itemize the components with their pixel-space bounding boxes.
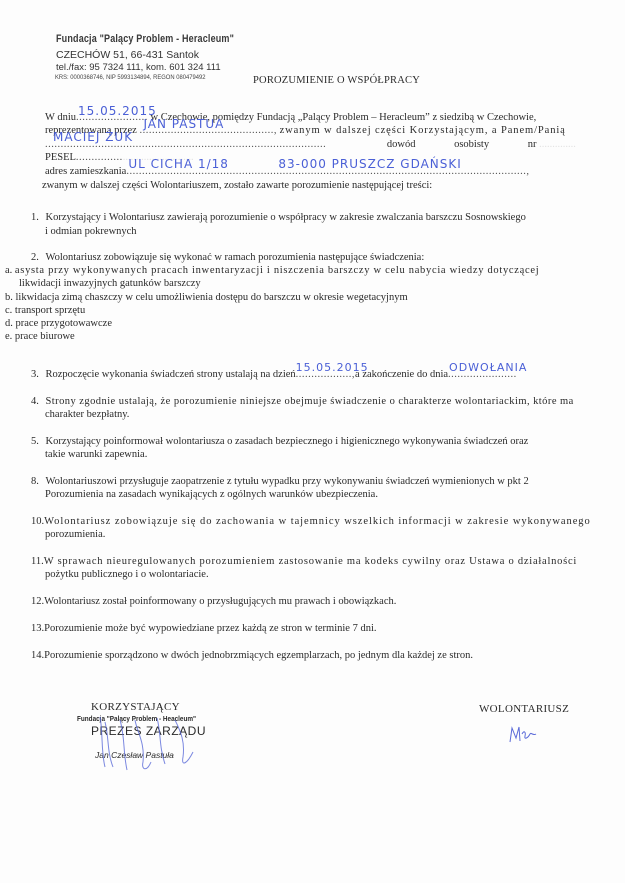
clause-text: Korzystający poinformował wolontariusza … bbox=[46, 436, 529, 447]
clause-number: 5. bbox=[31, 436, 39, 447]
clause-5-cont: takie warunki zapewnia. bbox=[45, 448, 147, 462]
letterhead-address: CZECHÓW 51, 66-431 Santok bbox=[56, 49, 199, 61]
signature-wolontariusz-icon bbox=[508, 724, 538, 744]
letterhead-phone: tel./fax: 95 7324 111, kom. 601 324 111 bbox=[56, 62, 221, 73]
clause-number: 12. bbox=[31, 596, 44, 607]
item-text: prace przygotowawcze bbox=[16, 318, 112, 329]
clause-2-item-a-cont: likwidacji inwazyjnych gatunków barszczy bbox=[19, 277, 201, 291]
clause-2-item-e: e. prace biurowe bbox=[5, 330, 75, 344]
clause-8-cont: Porozumienia na zasadach wynikających z … bbox=[45, 488, 378, 502]
clause-8: 8. Wolontariuszowi przysługuje zaopatrze… bbox=[31, 475, 529, 489]
clause-number: 4. bbox=[31, 396, 39, 407]
clause-text: a zakończenie do dnia bbox=[355, 369, 448, 380]
clause-text: Wolontariusz zobowiązuje się wykonać w r… bbox=[46, 252, 425, 263]
clause-number: 13. bbox=[31, 623, 44, 634]
letterhead-org-name: Fundacja "Palący Problem - Heracleum" bbox=[56, 33, 234, 45]
intro-line-3: ........................................… bbox=[45, 139, 583, 150]
item-letter: c. bbox=[5, 305, 12, 316]
clause-4: 4. Strony zgodnie ustalają, że porozumie… bbox=[31, 395, 588, 409]
clause-text: Porozumienie może być wypowiedziane prze… bbox=[44, 623, 376, 634]
clause-10: 10.Wolontariusz zobowiązuje się do zacho… bbox=[31, 515, 591, 529]
item-letter: e. bbox=[5, 331, 12, 342]
clause-12: 12.Wolontariusz został poinformowany o p… bbox=[31, 595, 396, 609]
intro-text: zwanym w dalszej części Korzystającym, a… bbox=[280, 125, 566, 136]
clause-2-item-b: b. likwidacja zimą chaszczy w celu umożl… bbox=[5, 291, 408, 305]
id-label: osobisty bbox=[454, 139, 489, 150]
date-handwritten: 15.05.2015 bbox=[78, 104, 157, 118]
address-field: ........................................… bbox=[126, 166, 529, 177]
clause-text: Rozpoczęcie wykonania świadczeń strony u… bbox=[46, 369, 296, 380]
clause-13: 13.Porozumienie może być wypowiedziane p… bbox=[31, 622, 377, 636]
start-date-field: ..................,15.05.2015 bbox=[296, 369, 355, 380]
id-label: dowód bbox=[387, 139, 416, 150]
clause-2-item-c: c. transport sprzętu bbox=[5, 304, 85, 318]
clause-3: 3. Rozpoczęcie wykonania świadczeń stron… bbox=[31, 368, 517, 382]
address-street-handwritten: UL CICHA 1/18 bbox=[128, 157, 229, 171]
clause-text: W sprawach nieuregulowanych porozumienie… bbox=[44, 556, 577, 567]
id-number-redacted: .............. bbox=[539, 139, 576, 150]
clause-11: 11.W sprawach nieuregulowanych porozumie… bbox=[31, 555, 577, 569]
clause-11-cont: pożytku publicznego i o wolontariacie. bbox=[45, 568, 209, 582]
intro-line-6: zwanym w dalszej części Wolontariuszem, … bbox=[42, 180, 432, 191]
clause-number: 2. bbox=[31, 252, 39, 263]
clause-number: 10. bbox=[31, 516, 44, 527]
item-letter: a. bbox=[5, 265, 12, 276]
document-title: POROZUMIENIE O WSPÓŁPRACY bbox=[253, 75, 420, 86]
clause-number: 3. bbox=[31, 369, 39, 380]
signature-korzystajacy-icon bbox=[95, 712, 200, 772]
pesel-label: PESEL bbox=[45, 152, 76, 163]
pesel-field: ............... bbox=[76, 152, 123, 163]
clause-text: Strony zgodnie ustalają, że porozumienie… bbox=[46, 396, 574, 407]
clause-text: Korzystający i Wolontariusz zawierają po… bbox=[46, 212, 526, 223]
clause-number: 1. bbox=[31, 212, 39, 223]
letterhead-registry: KRS: 0000368746, NIP 5993134894, REGON 0… bbox=[55, 74, 205, 81]
id-label: nr bbox=[528, 139, 537, 150]
clause-4-cont: charakter bezpłatny. bbox=[45, 408, 129, 422]
start-date-handwritten: 15.05.2015 bbox=[296, 361, 369, 375]
clause-1: 1. Korzystający i Wolontariusz zawierają… bbox=[31, 211, 526, 225]
clause-5: 5. Korzystający poinformował wolontarius… bbox=[31, 435, 528, 449]
date-label: W dniu bbox=[45, 112, 76, 123]
date-field: .......................15.05.2015 bbox=[76, 112, 148, 123]
clause-number: 14. bbox=[31, 650, 44, 661]
clause-2: 2. Wolontariusz zobowiązuje się wykonać … bbox=[31, 251, 424, 265]
item-text: transport sprzętu bbox=[15, 305, 85, 316]
intro-line-address: adres zamieszkania......................… bbox=[45, 166, 583, 177]
clause-text: Wolontariusz został poinformowany o przy… bbox=[44, 596, 396, 607]
end-date-handwritten: ODWOŁANIA bbox=[449, 361, 527, 375]
representative-handwritten: JAN PASTUA bbox=[143, 117, 224, 131]
intro-line-1: W dniu.......................15.05.2015 … bbox=[45, 112, 583, 123]
item-text: likwidacja zimą chaszczy w celu umożliwi… bbox=[16, 292, 408, 303]
clause-10-cont: porozumienia. bbox=[45, 528, 105, 542]
signature-label-volunteer: WOLONTARIUSZ bbox=[479, 703, 569, 715]
clause-2-item-a: a. asysta przy wykonywanych pracach inwe… bbox=[5, 264, 588, 278]
end-date-field: ......................ODWOŁANIA bbox=[448, 369, 517, 380]
clause-14: 14.Porozumienie sporządzono w dwóch jedn… bbox=[31, 649, 473, 663]
volunteer-name-handwritten: MACIEJ ŻUK bbox=[53, 130, 133, 144]
clause-number: 8. bbox=[31, 476, 39, 487]
item-letter: b. bbox=[5, 292, 13, 303]
clause-1-cont: i odmian pokrewnych bbox=[45, 225, 137, 239]
item-text: prace biurowe bbox=[15, 331, 75, 342]
representative-field: ........................................… bbox=[139, 125, 277, 136]
clause-text: Porozumienie sporządzono w dwóch jednobr… bbox=[44, 650, 473, 661]
address-label: adres zamieszkania bbox=[45, 166, 126, 177]
clause-text: Wolontariusz zobowiązuje się do zachowan… bbox=[44, 516, 591, 527]
item-letter: d. bbox=[5, 318, 13, 329]
volunteer-name-field: ........................................… bbox=[45, 139, 326, 150]
item-text: asysta przy wykonywanych pracach inwenta… bbox=[15, 265, 539, 276]
address-city-handwritten: 83-000 PRUSZCZ GDAŃSKI bbox=[278, 157, 461, 171]
clause-text: Wolontariuszowi przysługuje zaopatrzenie… bbox=[46, 476, 529, 487]
clause-number: 11. bbox=[31, 556, 44, 567]
clause-2-item-d: d. prace przygotowawcze bbox=[5, 317, 112, 331]
